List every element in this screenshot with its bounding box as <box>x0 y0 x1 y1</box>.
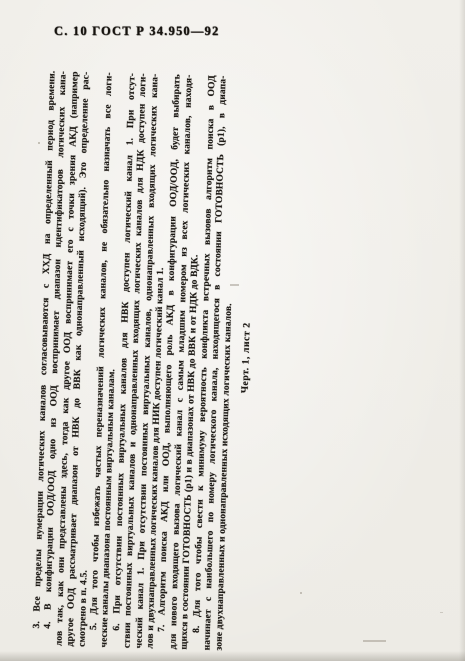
scan-artifact-dash <box>230 284 239 286</box>
scan-artifact-speck <box>56 208 58 209</box>
scan-edge-shadow <box>459 0 465 661</box>
scanned-gost-page: С. 10 ГОСТ Р 34.950—92 3. Все пределы ну… <box>0 0 465 661</box>
page-running-head: С. 10 ГОСТ Р 34.950—92 <box>54 24 219 39</box>
scan-edge-shadow <box>0 651 465 661</box>
rotated-text-block: 3. Все пределы нумерации логических кана… <box>32 71 266 652</box>
scan-artifact-dash <box>363 640 386 642</box>
scan-artifact-speck <box>38 142 40 144</box>
scan-artifact-speck <box>300 592 302 594</box>
scan-artifact-speck <box>440 612 443 613</box>
note-lines: 3. Все пределы нумерации логических кана… <box>32 71 242 651</box>
